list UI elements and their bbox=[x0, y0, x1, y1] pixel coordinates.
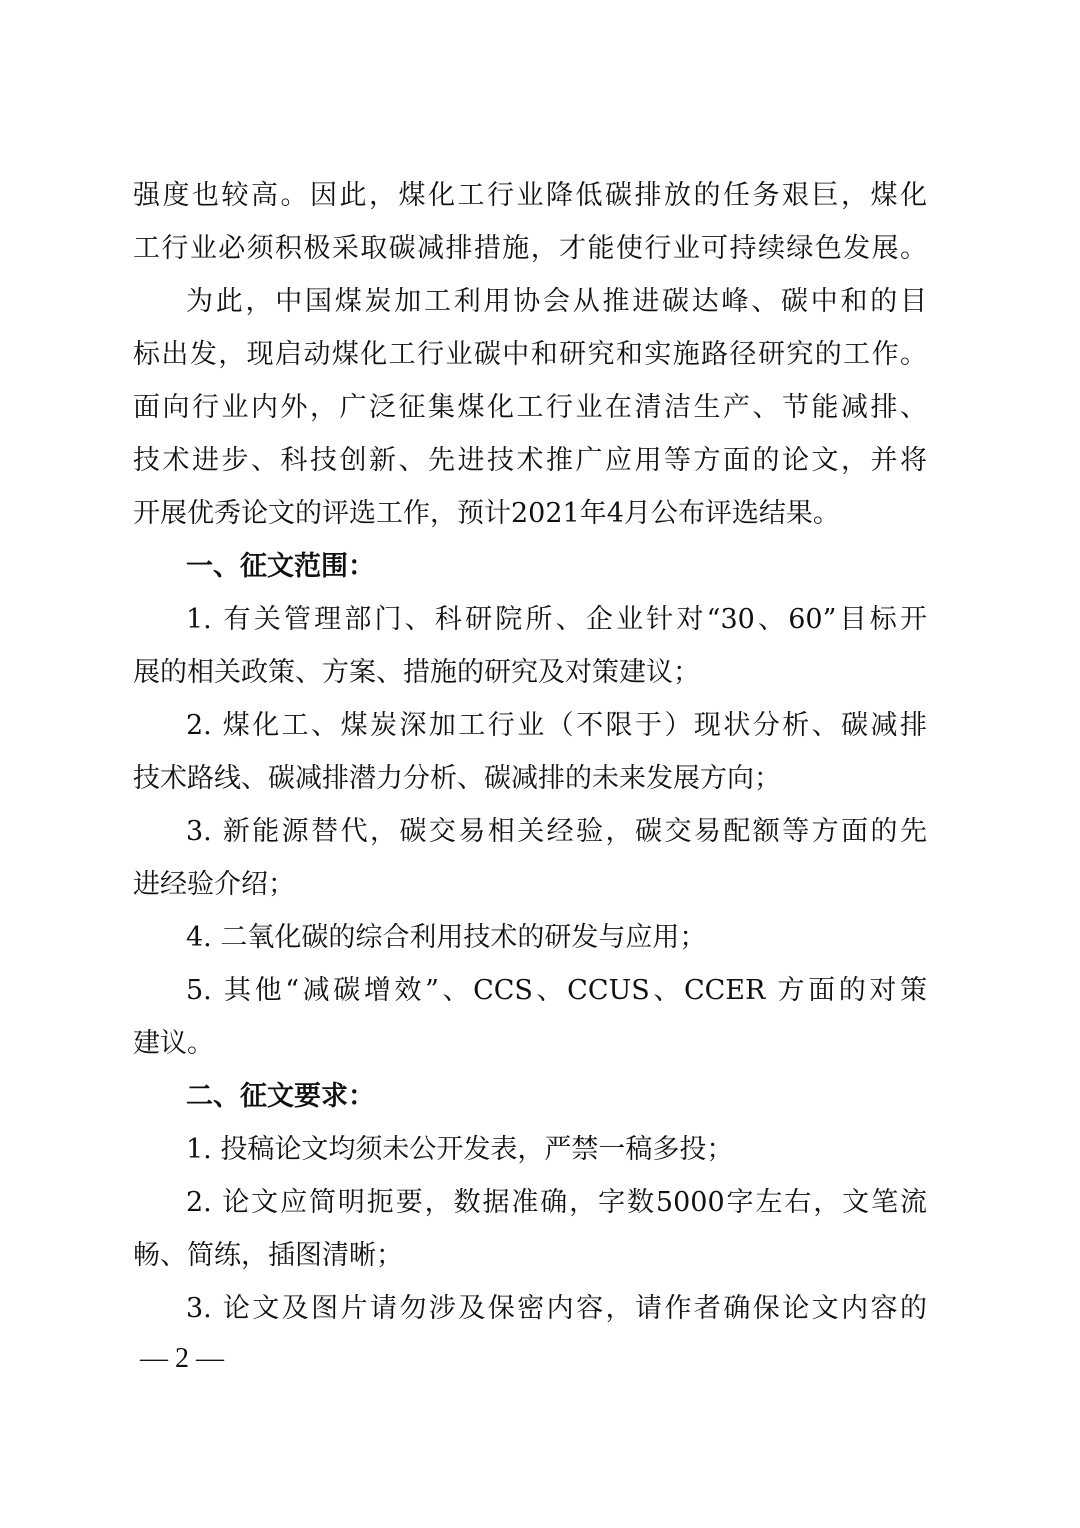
text-line: 建议。 bbox=[133, 1024, 927, 1064]
document-page: 强度也较高。因此，煤化工行业降低碳排放的任务艰巨，煤化工行业必须积极采取碳减排措… bbox=[0, 0, 1080, 1528]
text-line: 技术进步、科技创新、先进技术推广应用等方面的论文，并将 bbox=[133, 441, 927, 481]
text-line: 开展优秀论文的评选工作，预计2021年4月公布评选结果。 bbox=[133, 494, 927, 534]
text-line: 面向行业内外，广泛征集煤化工行业在清洁生产、节能减排、 bbox=[133, 388, 927, 428]
section-heading: 二、征文要求： bbox=[186, 1077, 927, 1117]
text-line: 1. 有关管理部门、科研院所、企业针对“30、60”目标开 bbox=[186, 600, 927, 640]
text-line: 标出发，现启动煤化工行业碳中和研究和实施路径研究的工作。 bbox=[133, 335, 927, 375]
text-line: 技术路线、碳减排潜力分析、碳减排的未来发展方向； bbox=[133, 759, 927, 799]
text-line: 3. 新能源替代，碳交易相关经验，碳交易配额等方面的先 bbox=[186, 812, 927, 852]
text-line: 工行业必须积极采取碳减排措施，才能使行业可持续绿色发展。 bbox=[133, 229, 927, 269]
text-line: 3. 论文及图片请勿涉及保密内容，请作者确保论文内容的 bbox=[186, 1289, 927, 1329]
text-line: 4. 二氧化碳的综合利用技术的研发与应用； bbox=[186, 918, 927, 958]
text-line: 2. 论文应简明扼要，数据准确，字数5000字左右，文笔流 bbox=[186, 1183, 927, 1223]
section-heading: 一、征文范围： bbox=[186, 547, 927, 587]
text-line: 畅、简练，插图清晰； bbox=[133, 1236, 927, 1276]
text-line: 为此，中国煤炭加工利用协会从推进碳达峰、碳中和的目 bbox=[186, 282, 927, 322]
page-number: — 2 — bbox=[140, 1343, 224, 1375]
text-line: 5. 其他“减碳增效”、CCS、CCUS、CCER 方面的对策 bbox=[186, 971, 927, 1011]
text-line: 1. 投稿论文均须未公开发表，严禁一稿多投； bbox=[186, 1130, 927, 1170]
text-line: 2. 煤化工、煤炭深加工行业（不限于）现状分析、碳减排 bbox=[186, 706, 927, 746]
text-line: 展的相关政策、方案、措施的研究及对策建议； bbox=[133, 653, 927, 693]
text-line: 强度也较高。因此，煤化工行业降低碳排放的任务艰巨，煤化 bbox=[133, 176, 927, 216]
text-line: 进经验介绍； bbox=[133, 865, 927, 905]
